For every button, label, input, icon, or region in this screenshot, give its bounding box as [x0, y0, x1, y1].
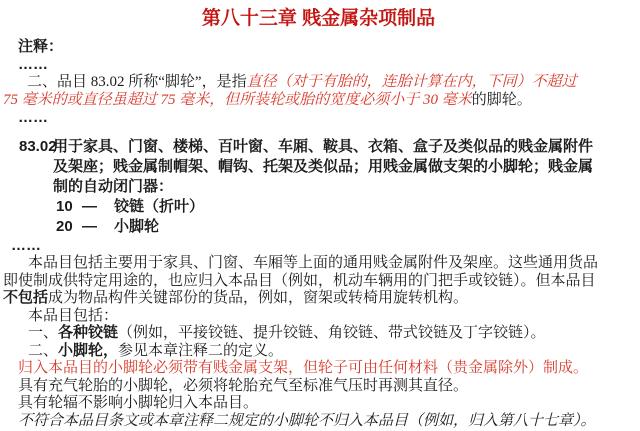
- heading-8302-block: 83.02 用于家具、门窗、楼梯、百叶窗、车厢、鞍具、衣箱、盒子及类似品的贱金属…: [53, 137, 613, 237]
- body-p1-text-a: 本品目包括主要用于家具、门窗、车厢等上面的通用贱金属附件及架座。这些通用货品 即…: [3, 255, 598, 289]
- subheading-label: 铰链（折叶）: [114, 198, 204, 215]
- note-2-paragraph: 二、品目 83.02 所称“脚轮”，是指直径（对于有胎的，连胎计算在内，下同）不…: [3, 73, 634, 109]
- heading-description: 用于家具、门窗、楼梯、百叶窗、车厢、鞍具、衣箱、盒子及类似品的贱金属附件 及架座…: [53, 137, 613, 197]
- tire-measure-line: 具有充气轮胎的小脚轮，必须将轮胎充气至标准气压时再测其直径。: [3, 378, 634, 396]
- exclusion-line: 不符合本品目条文或本章注释二规定的小脚轮不归入本品目（例如，归入第八十七章）。: [3, 413, 634, 431]
- ellipsis-after-heading: ……: [11, 237, 634, 255]
- body-p1-bold-exclude: 不包括: [3, 290, 48, 306]
- subheading-dash: —: [82, 217, 114, 237]
- red-note-line: 归入本品目的小脚轮必须带有贱金属支架，但轮子可由任何材料（贵金属除外）制成。: [3, 360, 634, 378]
- subheading-row-20: 20—小脚轮: [53, 217, 613, 237]
- body-p1-text-b: 成为物品构件关键部份的货品，例如，窗架或转椅用旋转机构。: [48, 290, 468, 306]
- note-2-black-suffix: 的脚轮。: [472, 92, 532, 108]
- ellipsis-after-notes: ……: [18, 56, 634, 74]
- document-page: 第八十三章 贱金属杂项制品 注释： …… 二、品目 83.02 所称“脚轮”，是…: [0, 0, 640, 430]
- item2-number: 二、: [28, 343, 58, 359]
- item2-rest: 参见本章注释二的定义。: [118, 343, 283, 359]
- item2-term: 小脚轮，: [58, 343, 118, 359]
- note-2-black-prefix: 二、品目 83.02 所称“脚轮”，是指: [27, 74, 247, 90]
- item1-term: 各种铰链: [58, 325, 118, 341]
- spoke-line: 具有轮辐不影响小脚轮归入本品目。: [3, 395, 634, 413]
- subheading-code: 20: [56, 217, 82, 237]
- heading-code: 83.02: [19, 137, 57, 157]
- ellipsis-after-note2: ……: [18, 109, 634, 127]
- list-item-1: 一、各种铰链（例如，平接铰链、提升铰链、角铰链、带式铰链及丁字铰链）。: [3, 325, 634, 343]
- subheading-row-10: 10—铰链（折叶）: [53, 197, 613, 217]
- subheading-label: 小脚轮: [114, 218, 159, 235]
- subheading-dash: —: [82, 197, 114, 217]
- notes-label: 注释：: [18, 38, 634, 56]
- item1-number: 一、: [28, 325, 58, 341]
- item1-rest: （例如，平接铰链、提升铰链、角铰链、带式铰链及丁字铰链）。: [118, 325, 546, 341]
- list-item-2: 二、小脚轮，参见本章注释二的定义。: [3, 343, 634, 361]
- chapter-title: 第八十三章 贱金属杂项制品: [3, 6, 634, 32]
- includes-label-line: 本品目包括：: [3, 308, 634, 326]
- subheading-code: 10: [56, 197, 82, 217]
- body-paragraph-1: 本品目包括主要用于家具、门窗、车厢等上面的通用贱金属附件及架座。这些通用货品 即…: [3, 255, 634, 308]
